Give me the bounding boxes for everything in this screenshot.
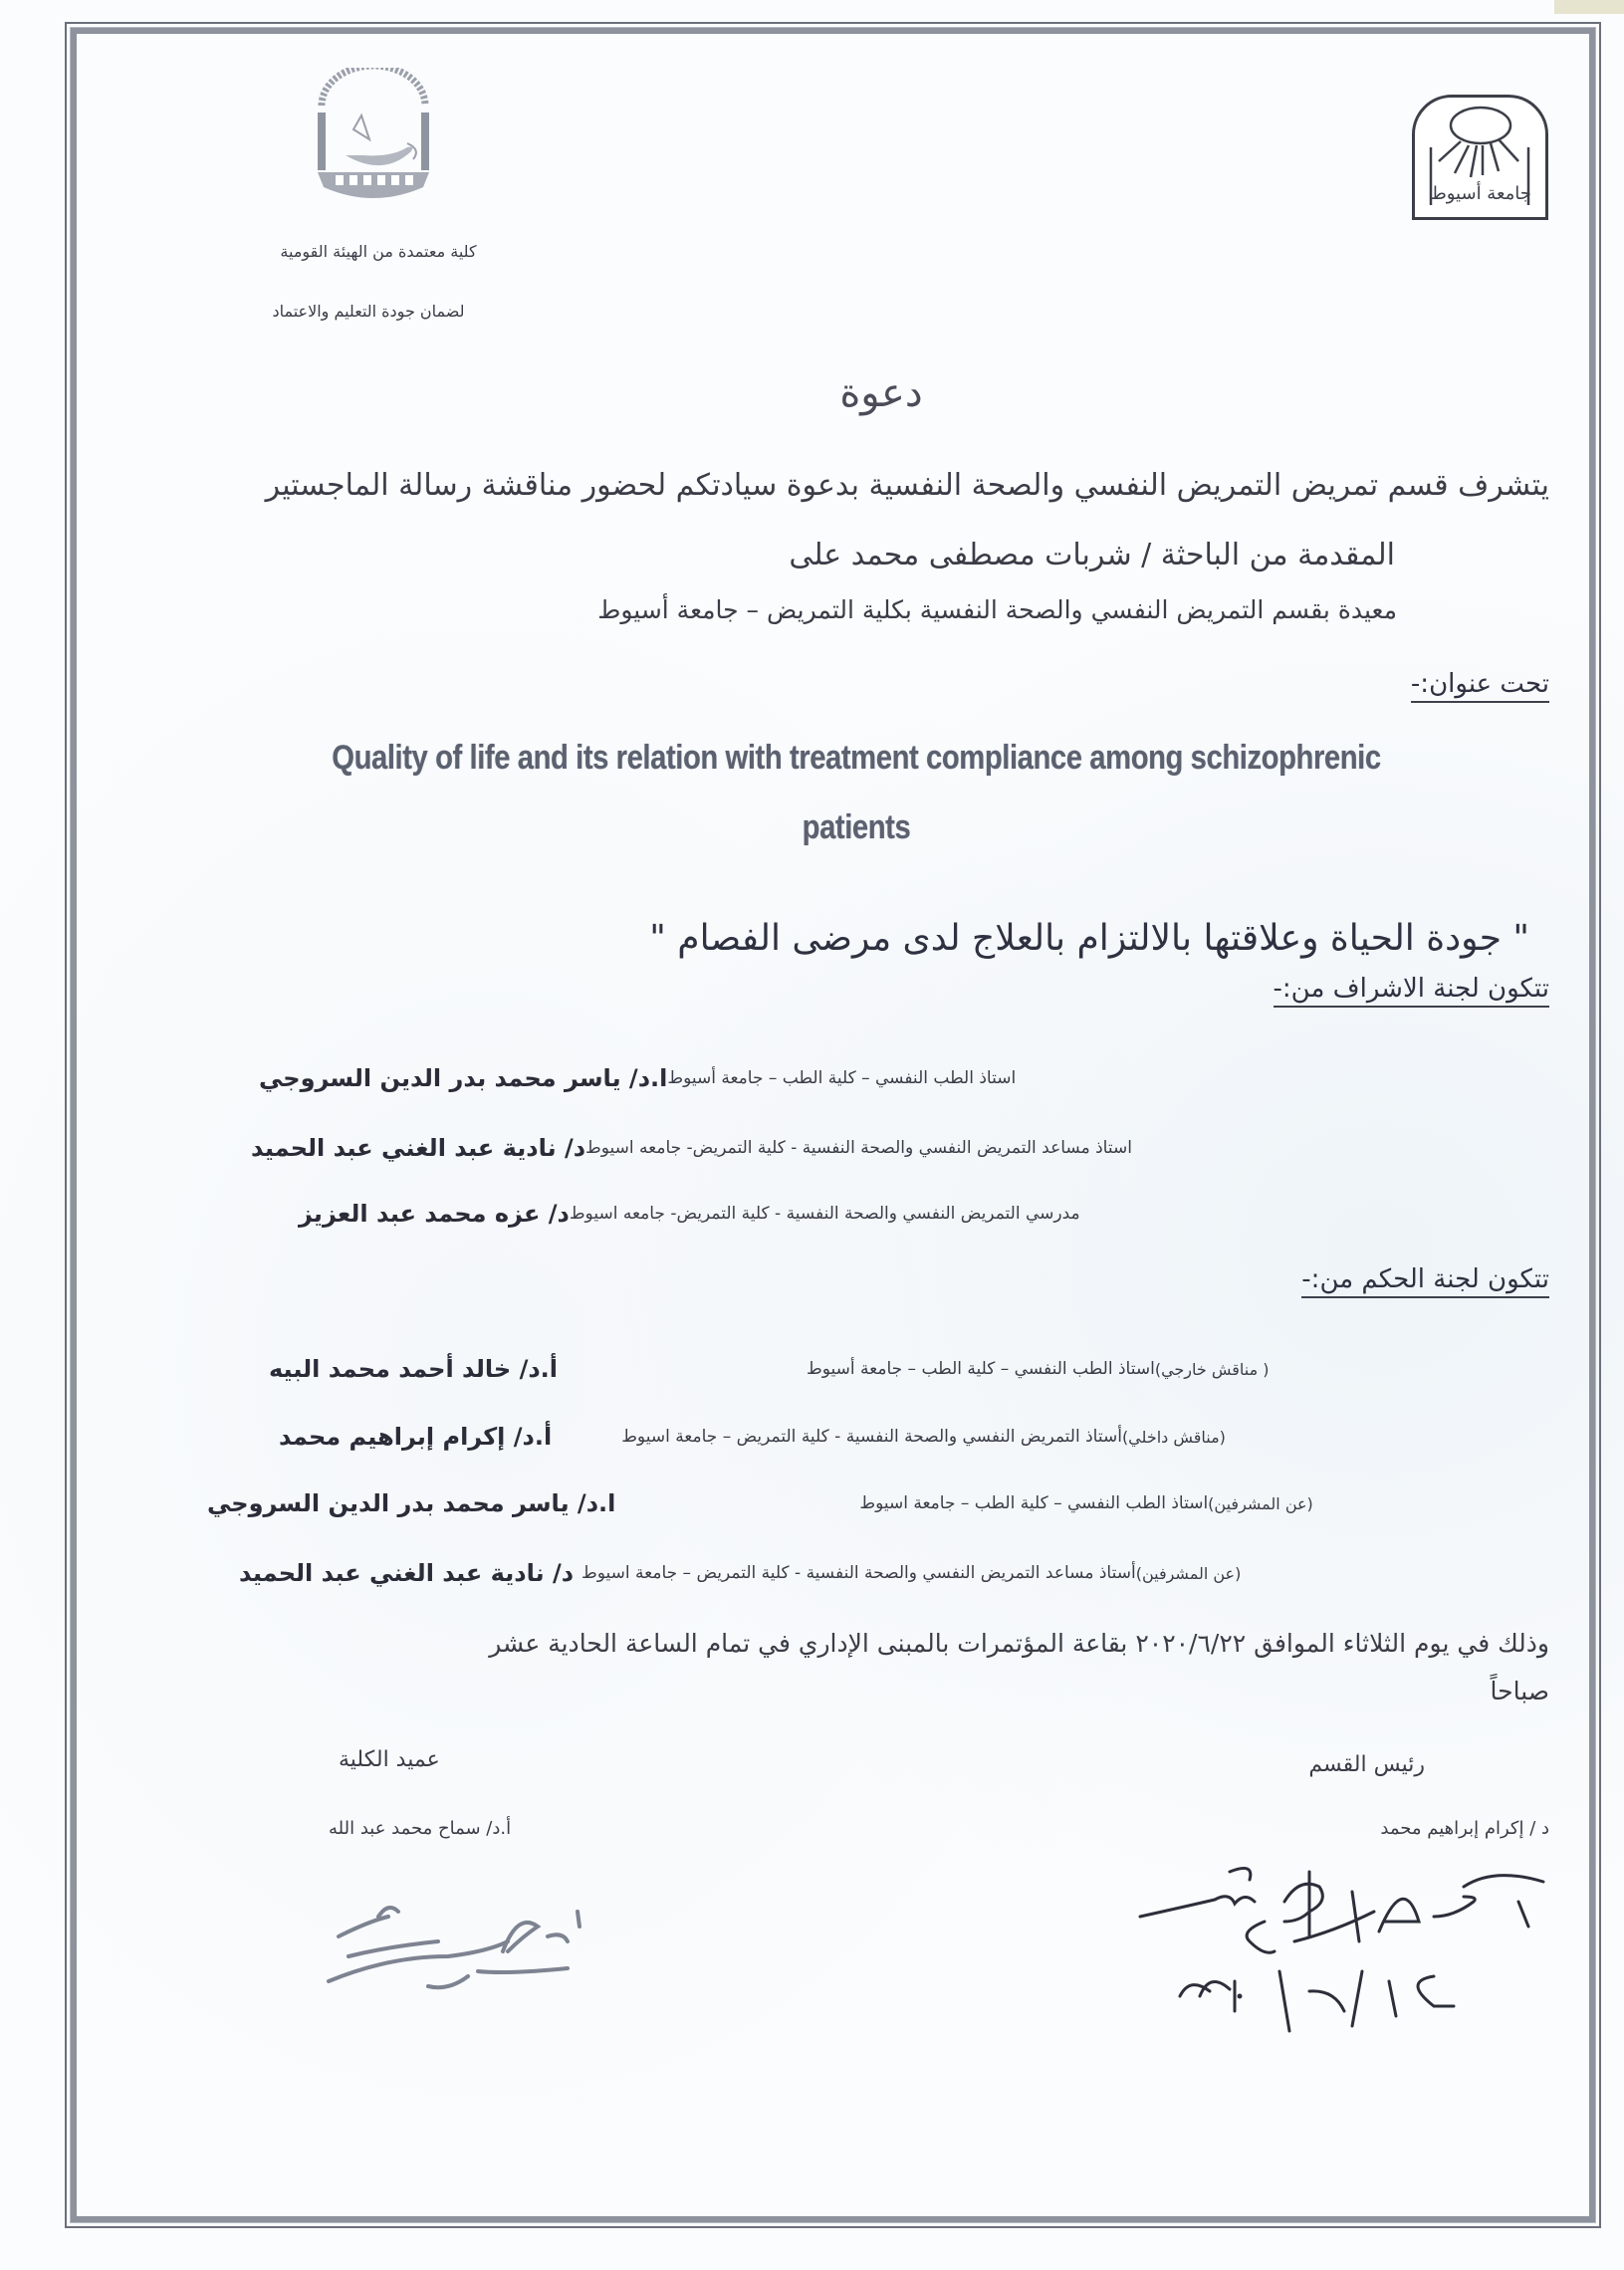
judge-role: (عن المشرفين) bbox=[1136, 1564, 1242, 1583]
college-accreditation-line1: كلية معتمدة من الهيئة القومية bbox=[239, 242, 518, 261]
invitation-intro: يتشرف قسم تمريض التمريض النفسي والصحة ال… bbox=[266, 468, 1549, 503]
handwritten-signature-icon bbox=[309, 1897, 607, 1996]
supervisor-position: مدرسي التمريض النفسي والصحة النفسية - كل… bbox=[570, 1204, 1080, 1224]
supervisor-row: د/ نادية عبد الغني عبد الحميد استاذ مساع… bbox=[199, 1128, 1553, 1168]
supervisor-row: ا.د/ ياسر محمد بدر الدين السروجي استاذ ا… bbox=[199, 1058, 1553, 1098]
thesis-title-arabic: " جودة الحياة وعلاقتها بالالتزام بالعلاج… bbox=[649, 918, 1529, 959]
judge-name: أ.د/ إكرام إبراهيم محمد bbox=[279, 1423, 552, 1451]
judge-name: أ.د/ خالد أحمد محمد البيه bbox=[269, 1355, 558, 1383]
judge-role: (عن المشرفين) bbox=[1208, 1494, 1313, 1513]
judge-position: أستاذ مساعد التمريض النفسي والصحة النفسي… bbox=[581, 1563, 1136, 1583]
judge-name: ا.د/ ياسر محمد بدر الدين السروجي bbox=[207, 1489, 615, 1517]
department-head-title: رئيس القسم bbox=[1308, 1752, 1425, 1777]
judgment-committee-heading: تتكون لجنة الحكم من:- bbox=[1301, 1264, 1549, 1298]
faculty-of-nursing-logo bbox=[304, 68, 443, 207]
college-accreditation-line2: لضمان جودة التعليم والاعتماد bbox=[229, 302, 508, 321]
dean-signature bbox=[309, 1897, 607, 1996]
handwritten-signature-icon bbox=[1135, 1862, 1553, 2051]
judge-row: أ.د/ خالد أحمد محمد البيه استاذ الطب الن… bbox=[199, 1349, 1553, 1389]
svg-text:جامعة أسيوط: جامعة أسيوط bbox=[1430, 181, 1531, 204]
judge-position: أستاذ التمريض النفسي والصحة النفسية - كل… bbox=[621, 1427, 1122, 1447]
department-head-name: د / إكرام إبراهيم محمد bbox=[1380, 1818, 1549, 1839]
nursing-lamp-icon bbox=[304, 68, 443, 207]
supervisor-position: استاذ الطب النفسي – كلية الطب – جامعة أس… bbox=[667, 1068, 1016, 1088]
invitation-title: دعوة bbox=[732, 370, 1031, 416]
dean-title: عميد الكلية bbox=[339, 1747, 440, 1772]
defense-date-location: وذلك في يوم الثلاثاء الموافق ٢٠٢٠/٦/٢٢ ب… bbox=[489, 1629, 1549, 1658]
defense-time-morning: صباحاً bbox=[1491, 1677, 1549, 1705]
sun-rays-icon: جامعة أسيوط bbox=[1415, 98, 1545, 217]
dean-name: أ.د/ سماح محمد عبد الله bbox=[329, 1818, 511, 1839]
judge-row: د/ نادية عبد الغني عبد الحميد أستاذ مساع… bbox=[199, 1553, 1553, 1593]
researcher-name: المقدمة من الباحثة / شربات مصطفى محمد عل… bbox=[789, 538, 1395, 572]
thesis-title-english-line1: Quality of life and its relation with tr… bbox=[257, 739, 1456, 778]
thesis-title-english-line2: patients bbox=[257, 808, 1456, 847]
judge-position: استاذ الطب النفسي – كلية الطب – جامعة اس… bbox=[859, 1493, 1208, 1513]
judge-position: استاذ الطب النفسي – كلية الطب – جامعة أس… bbox=[807, 1359, 1155, 1379]
judge-role: (مناقش داخلي) bbox=[1122, 1428, 1226, 1447]
under-title-label: تحت عنوان:- bbox=[1411, 669, 1549, 703]
supervisor-row: د/ عزه محمد عبد العزيز مدرسي التمريض الن… bbox=[199, 1194, 1553, 1234]
researcher-position: معيدة بقسم التمريض النفسي والصحة النفسية… bbox=[597, 595, 1397, 624]
supervisor-name: د/ عزه محمد عبد العزيز bbox=[299, 1200, 570, 1228]
judge-name: د/ نادية عبد الغني عبد الحميد bbox=[239, 1559, 574, 1587]
judge-row: ا.د/ ياسر محمد بدر الدين السروجي استاذ ا… bbox=[199, 1483, 1553, 1523]
supervisor-name: د/ نادية عبد الغني عبد الحميد bbox=[251, 1134, 585, 1162]
judge-row: أ.د/ إكرام إبراهيم محمد أستاذ التمريض ال… bbox=[199, 1417, 1553, 1457]
department-head-signature bbox=[1135, 1862, 1553, 2051]
supervisor-name: ا.د/ ياسر محمد بدر الدين السروجي bbox=[259, 1064, 667, 1092]
supervisor-position: استاذ مساعد التمريض النفسي والصحة النفسي… bbox=[585, 1138, 1132, 1158]
judge-role: ( مناقش خارجي) bbox=[1155, 1360, 1270, 1379]
scanner-edge-artifact bbox=[1554, 0, 1624, 14]
assiut-university-logo: جامعة أسيوط bbox=[1412, 95, 1548, 220]
supervision-committee-heading: تتكون لجنة الاشراف من:- bbox=[1274, 974, 1549, 1008]
